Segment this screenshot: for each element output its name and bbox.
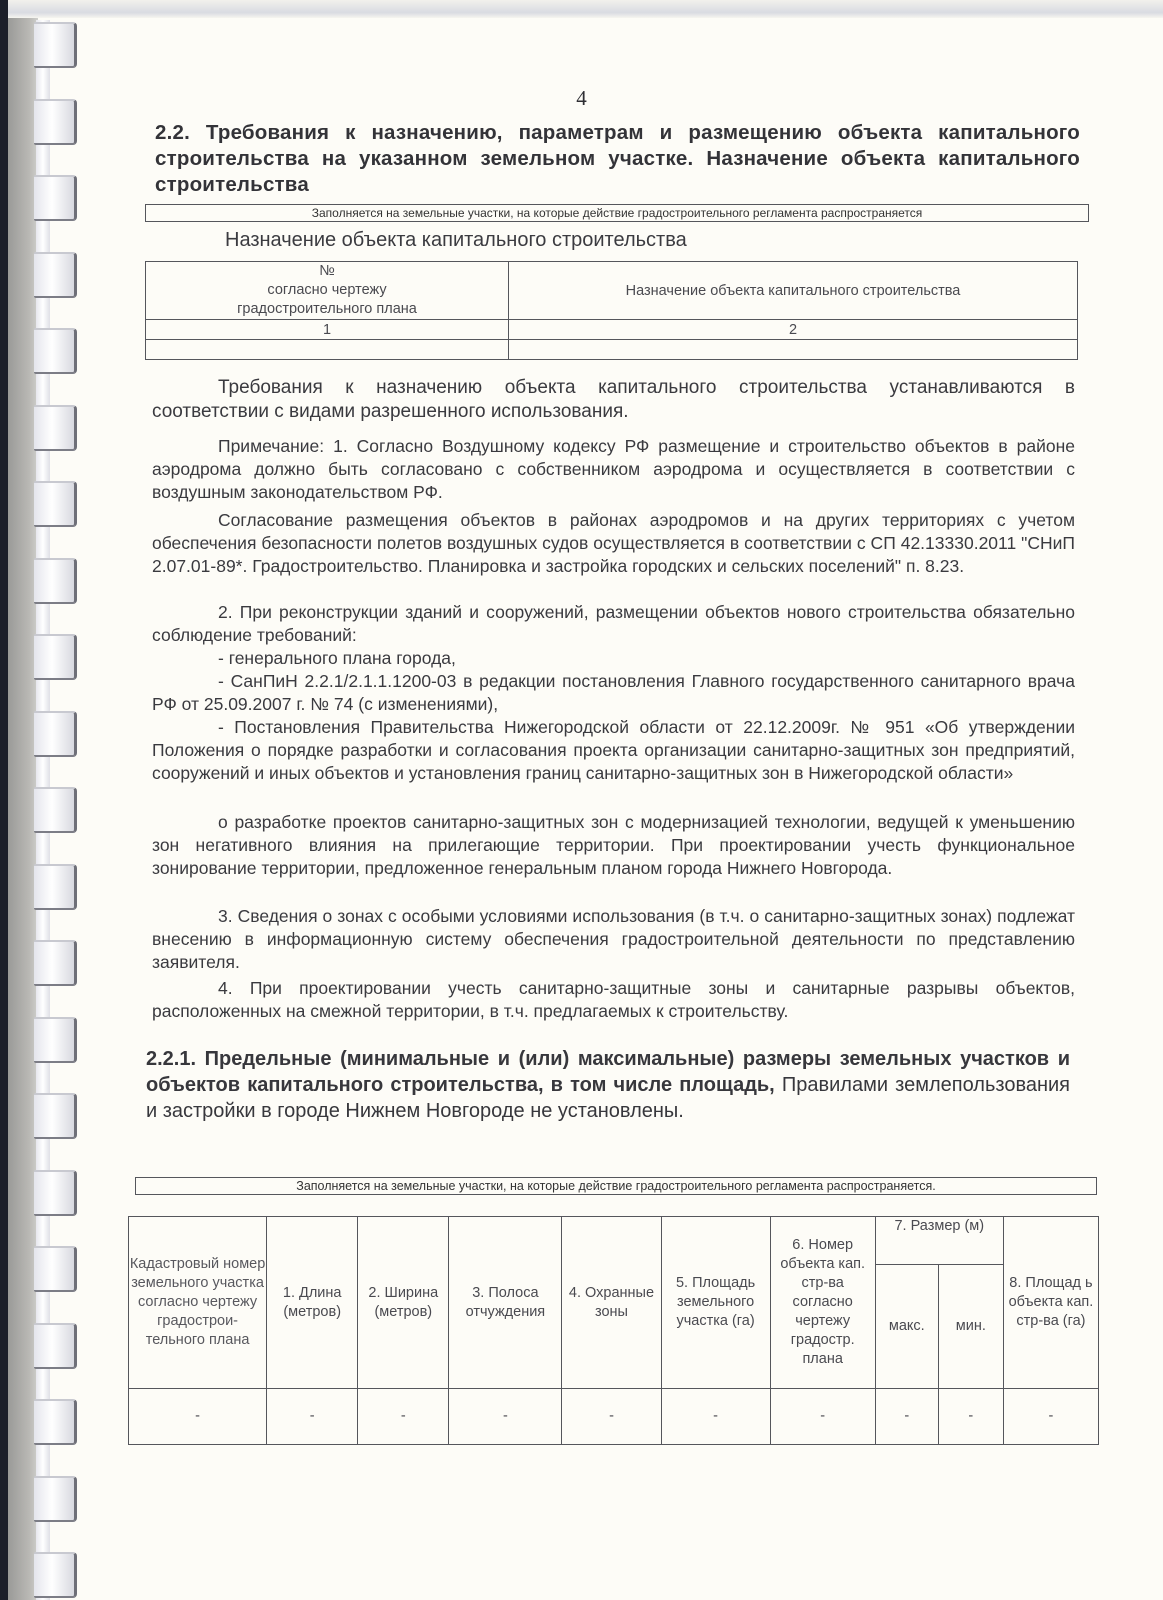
paragraph-text: Требования к назначению объекта капиталь… <box>152 377 1075 422</box>
notice-box: Заполняется на земельные участки, на кот… <box>135 1177 1097 1195</box>
binding-ring <box>34 940 77 986</box>
header-line: согласно чертежу <box>146 281 508 300</box>
table-cell: - <box>449 1389 562 1445</box>
paragraph-text: о разработке проектов санитарно-защитных… <box>152 812 1075 878</box>
binding-ring <box>34 405 77 451</box>
binding-ring <box>34 1017 77 1063</box>
table-cell: - <box>938 1389 1003 1445</box>
header-size-group: 7. Размер (м) <box>875 1217 1003 1265</box>
table-row <box>146 340 1078 360</box>
table-cell <box>146 340 509 360</box>
paragraph-text: - СанПиН 2.2.1/2.1.1.1200-03 в редакции … <box>152 671 1075 714</box>
binding-ring <box>34 1323 77 1369</box>
header-plot-area: 5. Площадь земельного участка (га) <box>661 1217 770 1389</box>
notice-box: Заполняется на земельные участки, на кот… <box>145 204 1089 222</box>
note-2-item-resolution: - Постановления Правительства Нижегородс… <box>152 716 1075 785</box>
note-2-item-general-plan: - генерального плана города, <box>152 647 1075 670</box>
table-title: Назначение объекта капитального строител… <box>225 229 687 252</box>
note-2-item-sanpin: - СанПиН 2.2.1/2.1.1.1200-03 в редакции … <box>152 670 1075 716</box>
paragraph-text: 4. При проектировании учесть санитарно-з… <box>152 978 1075 1021</box>
column-number: 2 <box>509 320 1078 340</box>
binding-ring <box>34 1170 77 1216</box>
binding-ring <box>34 1476 77 1522</box>
table-header-row: № согласно чертежу градостроительного пл… <box>146 262 1078 320</box>
binding-ring <box>34 1093 77 1139</box>
table-cell: - <box>875 1389 938 1445</box>
note-1: Примечание: 1. Согласно Воздушному кодек… <box>152 435 1075 504</box>
scan-edge <box>0 0 8 1600</box>
table-cell: - <box>1003 1389 1098 1445</box>
binding-ring <box>34 864 77 910</box>
note-2: 2. При реконструкции зданий и сооружений… <box>152 601 1075 647</box>
header-plan-number: № согласно чертежу градостроительного пл… <box>146 262 509 320</box>
binding-ring <box>34 1399 77 1445</box>
table-cell: - <box>129 1389 267 1445</box>
table-cell <box>509 340 1078 360</box>
column-number: 1 <box>146 320 509 340</box>
table-cell: - <box>267 1389 358 1445</box>
header-size-max: макс. <box>875 1265 938 1389</box>
paragraph-text: 2. При реконструкции зданий и сооружений… <box>152 602 1075 645</box>
header-cadastral-number: Кадастровый номер земельного участка сог… <box>129 1217 267 1389</box>
section-heading-2-2-1: 2.2.1. Предельные (минимальные и (или) м… <box>146 1046 1070 1124</box>
note-1-agreement: Согласование размещения объектов в район… <box>152 509 1075 578</box>
table-header-row: Кадастровый номер земельного участка сог… <box>129 1217 1099 1265</box>
paragraph-text: Согласование размещения объектов в район… <box>152 510 1075 576</box>
table-numbering-row: 1 2 <box>146 320 1078 340</box>
header-size-min: мин. <box>938 1265 1003 1389</box>
comb-binding <box>30 0 80 1600</box>
header-protected-zones: 4. Охранные зоны <box>562 1217 661 1389</box>
page-number: 4 <box>0 86 1163 111</box>
binding-ring <box>34 1246 77 1292</box>
binding-ring <box>34 252 77 298</box>
header-line: № <box>146 262 508 281</box>
header-purpose: Назначение объекта капитального строител… <box>509 262 1078 320</box>
binding-ring <box>34 328 77 374</box>
note-2-sanitary-zones: о разработке проектов санитарно-защитных… <box>152 811 1075 880</box>
header-object-number: 6. Номер объекта кап. стр-ва согласно че… <box>770 1217 875 1389</box>
section-heading-2-2: 2.2. Требования к назначению, параметрам… <box>155 120 1080 198</box>
binding-ring <box>34 481 77 527</box>
section-heading-text: 2.2. Требования к назначению, параметрам… <box>155 121 1080 196</box>
header-object-area: 8. Площад ь объекта кап. стр-ва (га) <box>1003 1217 1098 1389</box>
table-cell: - <box>661 1389 770 1445</box>
note-3: 3. Сведения о зонах с особыми условиями … <box>152 905 1075 974</box>
table-cell: - <box>358 1389 449 1445</box>
table-cell: - <box>562 1389 661 1445</box>
header-exclusion-strip: 3. Полоса отчуждения <box>449 1217 562 1389</box>
table-row: ---------- <box>129 1389 1099 1445</box>
paragraph-text: 3. Сведения о зонах с особыми условиями … <box>152 906 1075 972</box>
binding-ring <box>34 634 77 680</box>
binding-ring <box>34 22 77 68</box>
binding-ring <box>34 711 77 757</box>
table-cell: - <box>770 1389 875 1445</box>
header-width: 2. Ширина (метров) <box>358 1217 449 1389</box>
note-4: 4. При проектировании учесть санитарно-з… <box>152 977 1075 1023</box>
scan-top-edge <box>8 0 1163 18</box>
paragraph-text: - Постановления Правительства Нижегородс… <box>152 717 1075 783</box>
purpose-table: № согласно чертежу градостроительного пл… <box>145 261 1078 360</box>
paragraph-text: - генерального плана города, <box>218 648 456 668</box>
binding-ring <box>34 175 77 221</box>
header-line: градостроительного плана <box>146 300 508 319</box>
paragraph-text: Примечание: 1. Согласно Воздушному кодек… <box>152 436 1075 502</box>
dimensions-table: Кадастровый номер земельного участка сог… <box>128 1216 1099 1445</box>
binding-ring <box>34 1552 77 1598</box>
header-length: 1. Длина (метров) <box>267 1217 358 1389</box>
binding-ring <box>34 787 77 833</box>
requirements-paragraph: Требования к назначению объекта капиталь… <box>152 376 1075 424</box>
binding-ring <box>34 558 77 604</box>
